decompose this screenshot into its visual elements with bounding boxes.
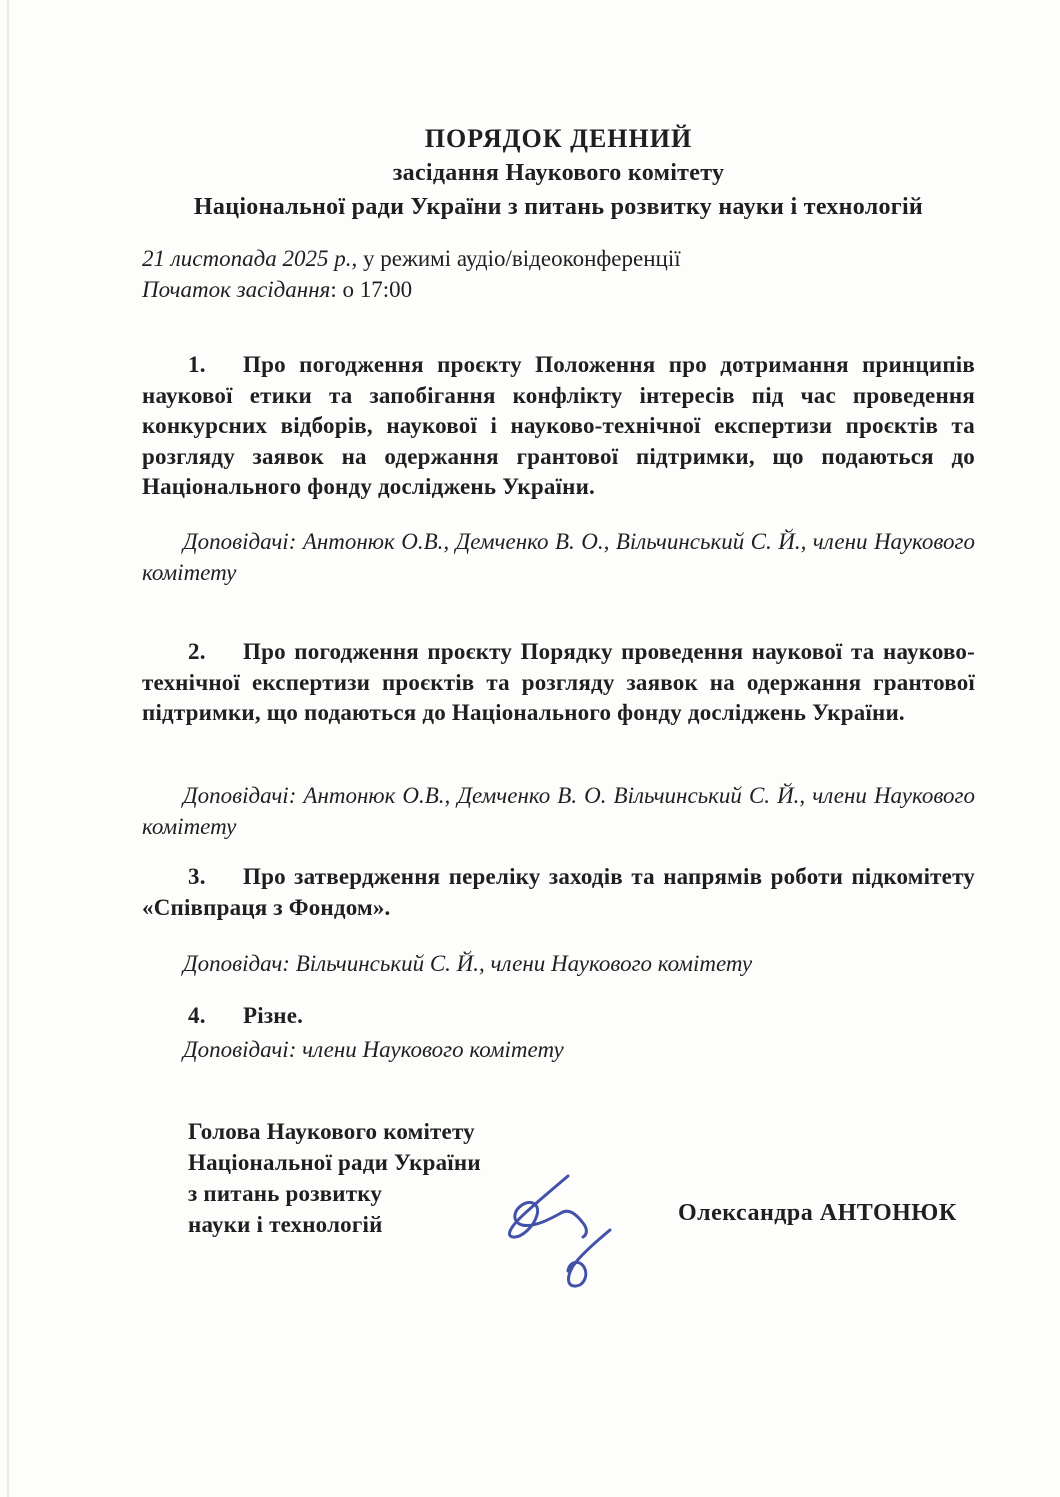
signature-upper-stroke (509, 1176, 586, 1237)
agenda-item-2-speakers: Доповідачі: Антонюк О.В., Демченко В. О.… (142, 781, 975, 842)
agenda-item-3-number: 3. (188, 862, 243, 893)
agenda-item-3-speakers: Доповідач: Вільчинський С. Й., члени Нау… (142, 949, 975, 980)
scanned-agenda-document: ПОРЯДОК ДЕННИЙ засідання Наукового коміт… (0, 0, 1060, 1497)
agenda-item-1-speakers: Доповідачі: Антонюк О.В., Демченко В. О.… (142, 527, 975, 588)
agenda-item-2: 2.Про погодження проєкту Порядку проведе… (142, 637, 975, 729)
meeting-start-time: : о 17:00 (330, 277, 412, 302)
signature-lower-stroke (568, 1230, 610, 1286)
agenda-item-4-speakers: Доповідачі: члени Наукового комітету (142, 1035, 975, 1066)
scan-edge-artifact (7, 0, 9, 1497)
signatory-position-line-4: науки і технологій (188, 1209, 481, 1240)
agenda-item-3-text: Про затвердження переліку заходів та нап… (142, 864, 975, 920)
document-header: ПОРЯДОК ДЕННИЙ засідання Наукового коміт… (142, 122, 975, 224)
agenda-item-1-number: 1. (188, 350, 243, 381)
signatory-position-line-2: Національної ради України (188, 1147, 481, 1178)
signatory-position-line-1: Голова Наукового комітету (188, 1116, 481, 1147)
document-subtitle-2: Національної ради України з питань розви… (142, 190, 975, 224)
agenda-item-1: 1.Про погодження проєкту Положення про д… (142, 350, 975, 503)
meeting-date-line: 21 листопада 2025 р., у режимі аудіо/від… (142, 243, 975, 274)
agenda-item-2-number: 2. (188, 637, 243, 668)
document-title: ПОРЯДОК ДЕННИЙ (142, 122, 975, 156)
signatory-name: Олександра АНТОНЮК (678, 1200, 957, 1227)
agenda-item-4-text: Різне. (243, 1003, 303, 1028)
meeting-date: 21 листопада 2025 р., (142, 246, 357, 271)
document-subtitle-1: засідання Наукового комітету (142, 156, 975, 190)
agenda-item-3: 3.Про затвердження переліку заходів та н… (142, 862, 975, 923)
agenda-item-2-text: Про погодження проєкту Порядку проведенн… (142, 639, 975, 725)
meeting-info: 21 листопада 2025 р., у режимі аудіо/від… (142, 243, 975, 305)
handwritten-signature-ink (498, 1158, 628, 1296)
signatory-position: Голова Наукового комітету Національної р… (188, 1116, 481, 1240)
signatory-position-line-3: з питань розвитку (188, 1178, 481, 1209)
meeting-start-line: Початок засідання: о 17:00 (142, 274, 975, 305)
agenda-item-1-text: Про погодження проєкту Положення про дот… (142, 352, 975, 499)
agenda-item-4-number: 4. (188, 1001, 243, 1032)
agenda-item-4: 4.Різне. (142, 1001, 975, 1032)
meeting-start-label: Початок засідання (142, 277, 330, 302)
meeting-format: у режимі аудіо/відеоконференції (363, 246, 681, 271)
